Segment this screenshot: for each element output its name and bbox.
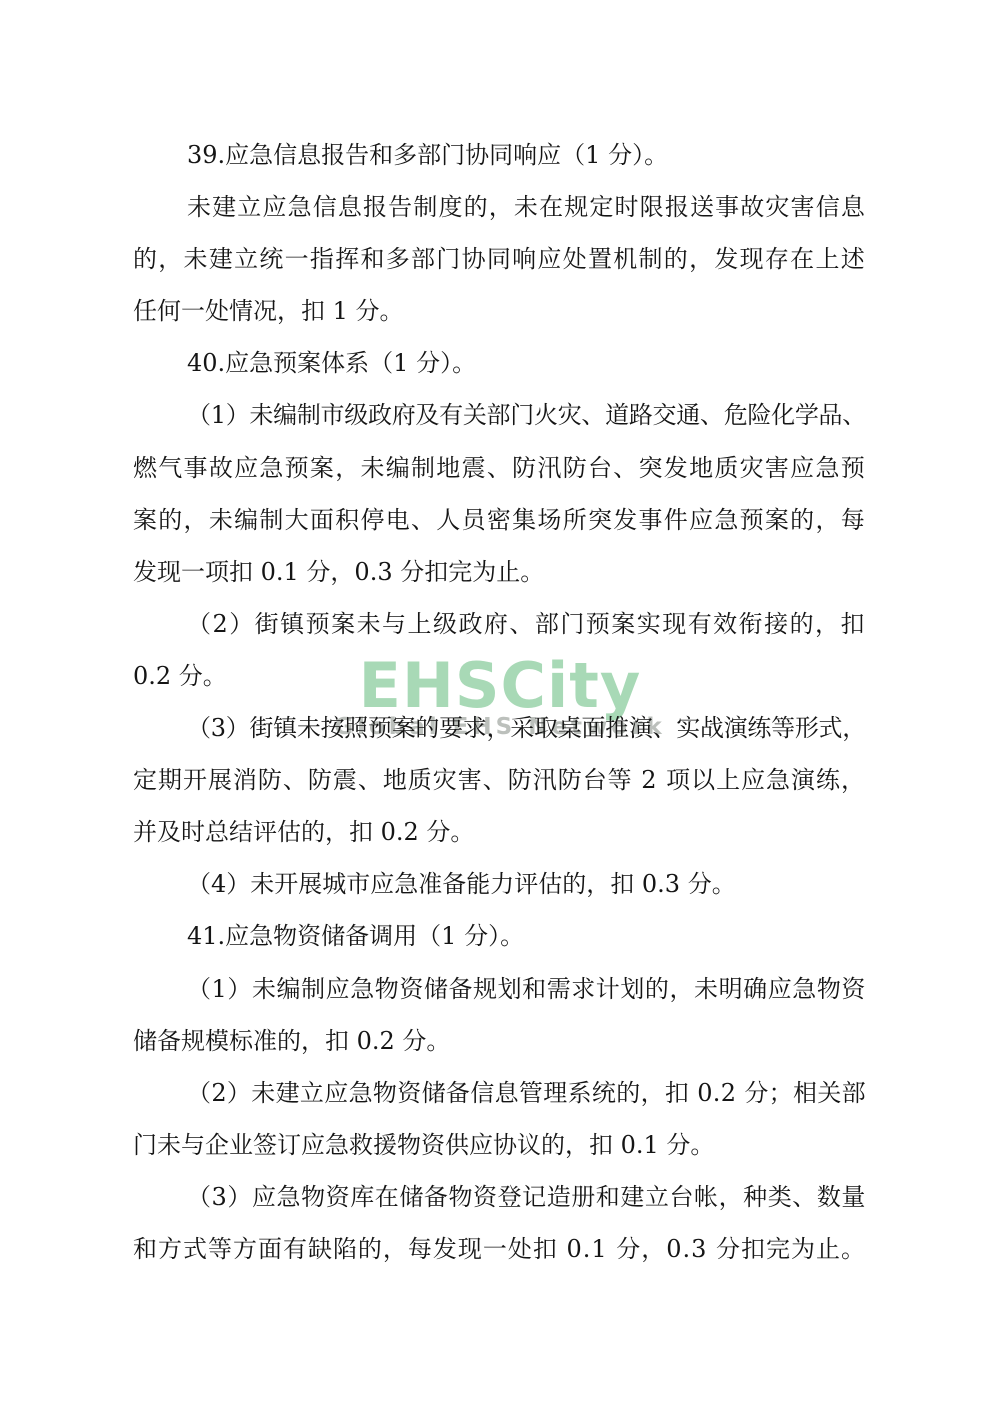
text-line: （2）街镇预案未与上级政府、部门预案实现有效衔接的，扣 (133, 598, 866, 650)
paragraph: （2）街镇预案未与上级政府、部门预案实现有效衔接的，扣0.2 分。 (133, 598, 866, 702)
text-line: 任何一处情况，扣 1 分。 (133, 285, 866, 337)
text-line: 储备规模标准的，扣 0.2 分。 (133, 1015, 866, 1067)
text-line: 39.应急信息报告和多部门协同响应（1 分）。 (133, 129, 866, 181)
text-line: 案的，未编制大面积停电、人员密集场所突发事件应急预案的，每 (133, 494, 866, 546)
text-line: 燃气事故应急预案，未编制地震、防汛防台、突发地质灾害应急预 (133, 442, 866, 494)
paragraph: 41.应急物资储备调用（1 分）。 (133, 910, 866, 962)
paragraph: （4）未开展城市应急准备能力评估的，扣 0.3 分。 (133, 858, 866, 910)
text-line: 门未与企业签订应急救援物资供应协议的，扣 0.1 分。 (133, 1119, 866, 1171)
paragraph: （3）街镇未按照预案的要求，采取桌面推演、实战演练等形式，定期开展消防、防震、地… (133, 702, 866, 858)
text-line: 并及时总结评估的，扣 0.2 分。 (133, 806, 866, 858)
paragraph: （2）未建立应急物资储备信息管理系统的，扣 0.2 分；相关部门未与企业签订应急… (133, 1067, 866, 1171)
paragraph: 39.应急信息报告和多部门协同响应（1 分）。 (133, 129, 866, 181)
text-line: 41.应急物资储备调用（1 分）。 (133, 910, 866, 962)
paragraph: 未建立应急信息报告制度的，未在规定时限报送事故灾害信息的，未建立统一指挥和多部门… (133, 181, 866, 337)
text-line: （1）未编制应急物资储备规划和需求计划的，未明确应急物资 (133, 963, 866, 1015)
text-line: （3）应急物资库在储备物资登记造册和建立台帐，种类、数量 (133, 1171, 866, 1223)
text-line: （2）未建立应急物资储备信息管理系统的，扣 0.2 分；相关部 (133, 1067, 866, 1119)
text-line: 0.2 分。 (133, 650, 866, 702)
document-page: EHSCity Global EHS Network 39.应急信息报告和多部门… (0, 0, 1000, 1413)
paragraph: 40.应急预案体系（1 分）。 (133, 337, 866, 389)
text-line: （4）未开展城市应急准备能力评估的，扣 0.3 分。 (133, 858, 866, 910)
text-line: （1）未编制市级政府及有关部门火灾、道路交通、危险化学品、 (133, 389, 866, 441)
text-line: 发现一项扣 0.1 分，0.3 分扣完为止。 (133, 546, 866, 598)
paragraph: （3）应急物资库在储备物资登记造册和建立台帐，种类、数量和方式等方面有缺陷的，每… (133, 1171, 866, 1275)
text-line: 40.应急预案体系（1 分）。 (133, 337, 866, 389)
text-line: 和方式等方面有缺陷的，每发现一处扣 0.1 分，0.3 分扣完为止。 (133, 1223, 866, 1275)
text-line: （3）街镇未按照预案的要求，采取桌面推演、实战演练等形式， (133, 702, 866, 754)
text-line: 的，未建立统一指挥和多部门协同响应处置机制的，发现存在上述 (133, 233, 866, 285)
text-line: 未建立应急信息报告制度的，未在规定时限报送事故灾害信息 (133, 181, 866, 233)
text-line: 定期开展消防、防震、地质灾害、防汛防台等 2 项以上应急演练， (133, 754, 866, 806)
document-body: 39.应急信息报告和多部门协同响应（1 分）。未建立应急信息报告制度的，未在规定… (133, 129, 866, 1275)
paragraph: （1）未编制应急物资储备规划和需求计划的，未明确应急物资储备规模标准的，扣 0.… (133, 963, 866, 1067)
paragraph: （1）未编制市级政府及有关部门火灾、道路交通、危险化学品、燃气事故应急预案，未编… (133, 389, 866, 597)
